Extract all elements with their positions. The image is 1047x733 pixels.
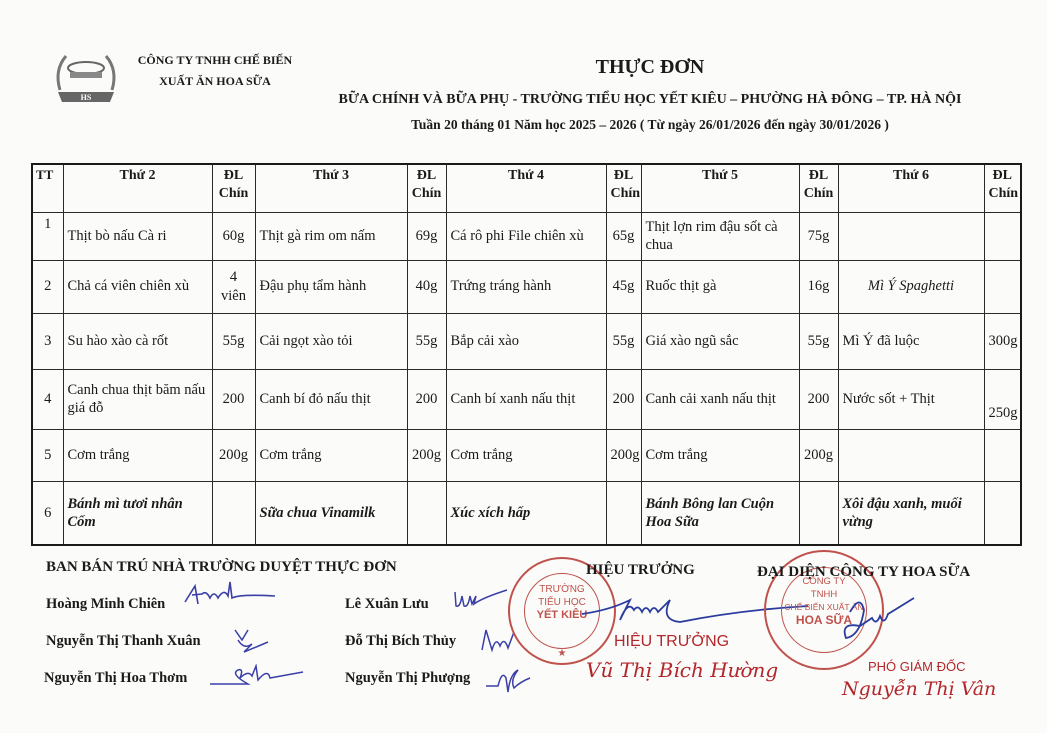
qty-cell <box>984 260 1021 313</box>
table-row: 5 Cơm trắng 200g Cơm trắng 200g Cơm trắn… <box>32 429 1021 481</box>
qty-cell: 200g <box>407 429 446 481</box>
dish-cell: Cải ngọt xào tỏi <box>255 313 407 369</box>
dish-cell: Thịt lợn rim đậu sốt cà chua <box>641 212 799 260</box>
row-number: 3 <box>32 313 63 369</box>
header-qty: ĐLChín <box>212 164 255 212</box>
company-rep-name: Nguyễn Thị Vân <box>842 678 996 700</box>
qty-cell: 45g <box>606 260 641 313</box>
table-row: 1 Thịt bò nấu Cà ri 60g Thịt gà rim om n… <box>32 212 1021 260</box>
qty-cell: 4 viên <box>212 260 255 313</box>
qty-cell: 300g <box>984 313 1021 369</box>
qty-cell: 55g <box>606 313 641 369</box>
header-qty: ĐLChín <box>407 164 446 212</box>
qty-cell <box>407 481 446 545</box>
qty-cell <box>212 481 255 545</box>
dish-cell: Bắp cải xào <box>446 313 606 369</box>
qty-cell: 16g <box>799 260 838 313</box>
header-day: Thứ 2 <box>63 164 212 212</box>
dish-cell: Mì Ý Spaghetti <box>838 260 984 313</box>
dish-cell: Cơm trắng <box>641 429 799 481</box>
principal-role: HIỆU TRƯỞNG <box>614 633 729 651</box>
qty-cell: 55g <box>799 313 838 369</box>
dish-cell: Su hào xào cà rốt <box>63 313 212 369</box>
board-title: BAN BÁN TRÚ NHÀ TRƯỜNG DUYỆT THỰC ĐƠN <box>46 559 397 576</box>
header-day: Thứ 5 <box>641 164 799 212</box>
qty-cell: 60g <box>212 212 255 260</box>
table-row: 3 Su hào xào cà rốt 55g Cải ngọt xào tỏi… <box>32 313 1021 369</box>
qty-cell <box>984 212 1021 260</box>
qty-cell: 55g <box>407 313 446 369</box>
row-number: 1 <box>32 212 63 260</box>
qty-cell: 75g <box>799 212 838 260</box>
board-member: Nguyễn Thị Thanh Xuân <box>46 633 201 650</box>
qty-cell: 69g <box>407 212 446 260</box>
row-number: 6 <box>32 481 63 545</box>
company-signature-icon <box>820 592 930 642</box>
qty-cell: 65g <box>606 212 641 260</box>
qty-cell: 200g <box>606 429 641 481</box>
header-day: Thứ 3 <box>255 164 407 212</box>
qty-cell: 40g <box>407 260 446 313</box>
qty-cell: 55g <box>212 313 255 369</box>
dish-cell: Chả cá viên chiên xù <box>63 260 212 313</box>
dish-cell: Ruốc thịt gà <box>641 260 799 313</box>
header-day: Thứ 4 <box>446 164 606 212</box>
snack-cell: Sữa chua Vinamilk <box>255 481 407 545</box>
dish-cell: Thịt gà rim om nấm <box>255 212 407 260</box>
table-row-snack: 6 Bánh mì tươi nhân Cốm Sữa chua Vinamil… <box>32 481 1021 545</box>
signature-icon <box>180 580 280 610</box>
row-number: 4 <box>32 369 63 429</box>
snack-cell: Xúc xích hấp <box>446 481 606 545</box>
dish-cell: Đậu phụ tẩm hành <box>255 260 407 313</box>
board-member: Nguyễn Thị Hoa Thơm <box>44 670 187 687</box>
principal-title: HIỆU TRƯỞNG <box>586 562 695 579</box>
dish-cell: Mì Ý đã luộc <box>838 313 984 369</box>
dish-cell: Trứng tráng hành <box>446 260 606 313</box>
principal-name: Vũ Thị Bích Hường <box>586 658 778 682</box>
company-rep-title: ĐẠI DIỆN CÔNG TY HOA SỮA <box>757 564 970 581</box>
signature-icon <box>484 664 534 694</box>
dish-cell: Cơm trắng <box>446 429 606 481</box>
qty-cell: 200 <box>212 369 255 429</box>
dish-cell: Canh chua thịt băm nấu giá đỗ <box>63 369 212 429</box>
row-number: 2 <box>32 260 63 313</box>
laurel-logo-icon: HS <box>52 50 120 108</box>
company-rep-role: PHÓ GIÁM ĐỐC <box>868 659 966 674</box>
qty-cell: 250g <box>984 369 1021 429</box>
page-subtitle: BỮA CHÍNH VÀ BỮA PHỤ - TRƯỜNG TIỂU HỌC Y… <box>300 92 1000 108</box>
dish-cell: Nước sốt + Thịt <box>838 369 984 429</box>
dish-cell <box>838 429 984 481</box>
board-member: Nguyễn Thị Phượng <box>345 670 470 687</box>
table-row: 4 Canh chua thịt băm nấu giá đỗ 200 Canh… <box>32 369 1021 429</box>
header-qty: ĐLChín <box>606 164 641 212</box>
board-member: Lê Xuân Lưu <box>345 596 429 613</box>
header-tt: TT <box>32 164 63 212</box>
signature-icon <box>452 586 512 614</box>
qty-cell <box>984 429 1021 481</box>
menu-table: TT Thứ 2 ĐLChín Thứ 3 ĐLChín Thứ 4 ĐLChí… <box>31 163 1022 546</box>
dish-cell: Giá xào ngũ sắc <box>641 313 799 369</box>
company-logo: HS <box>52 50 120 108</box>
board-member: Đỗ Thị Bích Thủy <box>345 633 456 650</box>
snack-cell: Xôi đậu xanh, muối vừng <box>838 481 984 545</box>
signature-icon <box>232 626 272 654</box>
dish-cell: Cơm trắng <box>255 429 407 481</box>
qty-cell <box>984 481 1021 545</box>
dish-cell: Canh bí xanh nấu thịt <box>446 369 606 429</box>
qty-cell: 200g <box>212 429 255 481</box>
board-member: Hoàng Minh Chiên <box>46 596 165 613</box>
page-title: THỰC ĐƠN <box>300 56 1000 79</box>
qty-cell: 200 <box>606 369 641 429</box>
svg-text:HS: HS <box>81 93 92 102</box>
header-day: Thứ 6 <box>838 164 984 212</box>
dish-cell <box>838 212 984 260</box>
row-number: 5 <box>32 429 63 481</box>
header-qty: ĐLChín <box>984 164 1021 212</box>
snack-cell: Bánh mì tươi nhân Cốm <box>63 481 212 545</box>
week-range: Tuần 20 tháng 01 Năm học 2025 – 2026 ( T… <box>300 117 1000 133</box>
dish-cell: Cá rô phi File chiên xù <box>446 212 606 260</box>
snack-cell: Bánh Bông lan Cuộn Hoa Sữa <box>641 481 799 545</box>
qty-cell <box>606 481 641 545</box>
table-row: 2 Chả cá viên chiên xù 4 viên Đậu phụ tẩ… <box>32 260 1021 313</box>
header-qty: ĐLChín <box>799 164 838 212</box>
qty-cell: 200 <box>799 369 838 429</box>
company-name-line1: CÔNG TY TNHH CHẾ BIẾN <box>125 53 305 68</box>
qty-cell: 200g <box>799 429 838 481</box>
dish-cell: Canh bí đỏ nấu thịt <box>255 369 407 429</box>
table-header-row: TT Thứ 2 ĐLChín Thứ 3 ĐLChín Thứ 4 ĐLChí… <box>32 164 1021 212</box>
dish-cell: Canh cải xanh nấu thịt <box>641 369 799 429</box>
dish-cell: Thịt bò nấu Cà ri <box>63 212 212 260</box>
company-name-line2: XUẤT ĂN HOA SỮA <box>125 74 305 89</box>
qty-cell: 200 <box>407 369 446 429</box>
signature-icon <box>208 664 308 690</box>
qty-cell <box>799 481 838 545</box>
dish-cell: Cơm trắng <box>63 429 212 481</box>
